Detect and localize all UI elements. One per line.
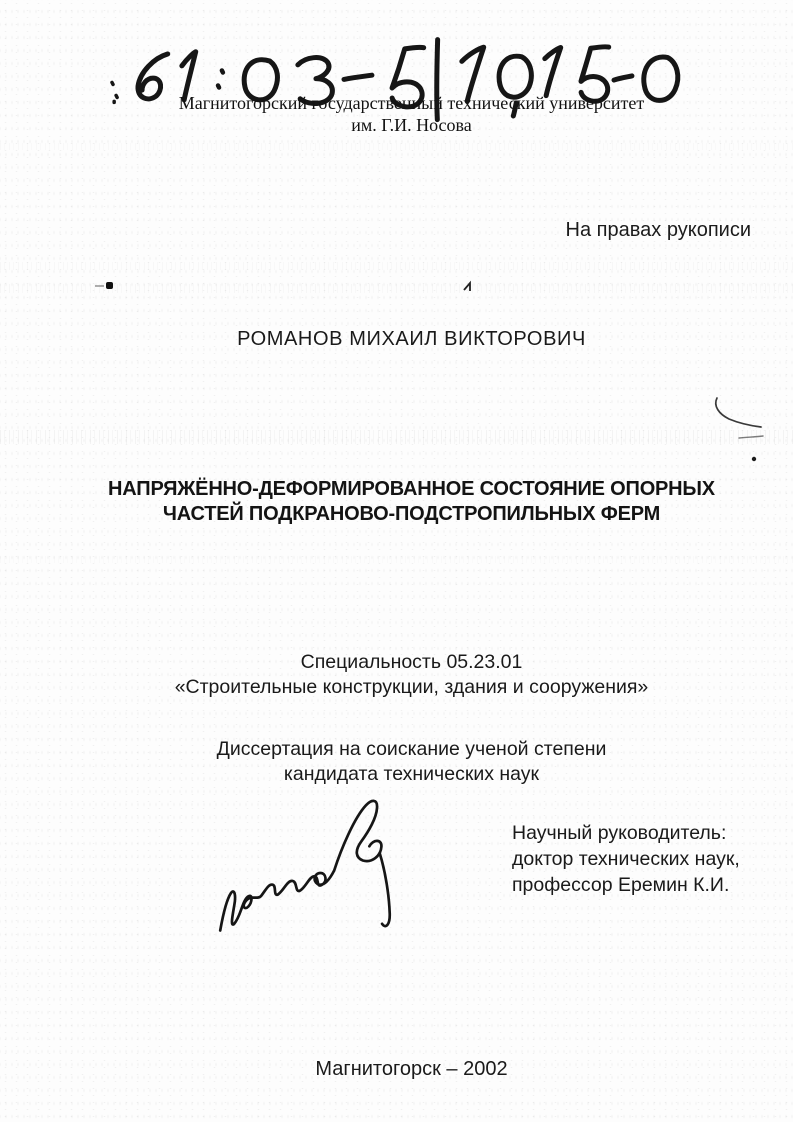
university-name: Магнитогорский государственный техническ…	[0, 92, 793, 136]
scan-noise-band	[0, 284, 793, 293]
ink-smudge	[93, 278, 119, 292]
thesis-line-2: кандидата технических наук	[30, 762, 793, 787]
specialty-name: «Строительные конструкции, здания и соор…	[30, 675, 793, 700]
pen-stroke-mark	[703, 390, 768, 465]
scan-noise-band	[0, 556, 793, 563]
supervisor-block: Научный руководитель: доктор технических…	[512, 820, 740, 898]
ink-smudge	[461, 280, 475, 294]
dissertation-title-page: Магнитогорский государственный техническ…	[0, 0, 793, 1122]
thesis-line-1: Диссертация на соискание ученой степени	[30, 737, 793, 762]
specialty-block: Специальность 05.23.01 «Строительные кон…	[0, 650, 793, 700]
title-line-2: ЧАСТЕЙ ПОДКРАНОВО-ПОДСТРОПИЛЬНЫХ ФЕРМ	[30, 502, 793, 527]
dissertation-title: НАПРЯЖЁННО-ДЕФОРМИРОВАННОЕ СОСТОЯНИЕ ОПО…	[0, 477, 793, 527]
university-line-2: им. Г.И. Носова	[30, 114, 793, 136]
university-line-1: Магнитогорский государственный техническ…	[30, 92, 793, 114]
author-name: РОМАНОВ МИХАИЛ ВИКТОРОВИЧ	[0, 328, 793, 351]
supervisor-heading: Научный руководитель:	[512, 820, 740, 846]
title-line-1: НАПРЯЖЁННО-ДЕФОРМИРОВАННОЕ СОСТОЯНИЕ ОПО…	[30, 477, 793, 502]
scan-noise-band	[0, 143, 793, 150]
specialty-code: Специальность 05.23.01	[30, 650, 793, 675]
thesis-statement: Диссертация на соискание ученой степени …	[0, 737, 793, 787]
supervisor-name: профессор Еремин К.И.	[512, 872, 740, 898]
city-year: Магнитогорск – 2002	[0, 1058, 793, 1081]
scan-noise-band	[0, 262, 793, 270]
manuscript-note: На правах рукописи	[566, 219, 751, 242]
scan-noise-band	[0, 430, 793, 444]
handwritten-signature-icon	[173, 782, 408, 950]
supervisor-degree: доктор технических наук,	[512, 846, 740, 872]
